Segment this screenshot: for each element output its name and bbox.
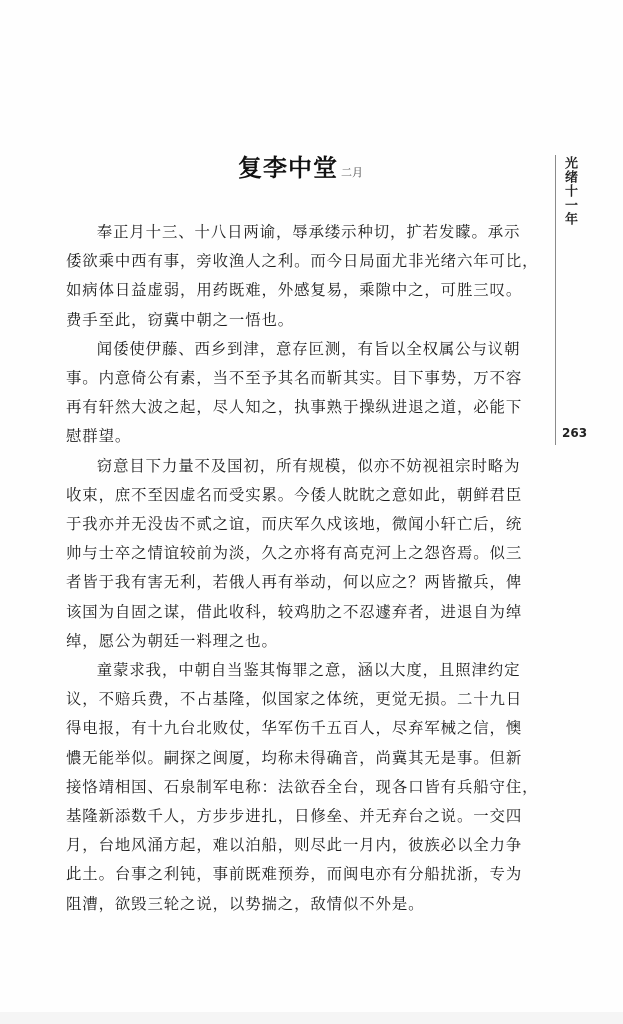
text-line: 得电报，有十九台北败仗，华军伤千五百人，尽弃军械之信，懊: [35, 714, 542, 743]
text-line: 奉正月十三、十八日两谕，辱承缕示种切，扩若发矇。承示: [66, 218, 542, 247]
text-line: 事。内意倚公有素，当不至予其名而靳其实。目下事势，万不容: [35, 364, 542, 393]
text-line: 收束，庶不至因虚名而受实累。今倭人眈眈之意如此，朝鲜君臣: [35, 481, 542, 510]
text-line: 接恪靖相国、石泉制军电称：法欲吞全台，现各口皆有兵船守住，: [35, 773, 542, 802]
text-line: 慰群望。: [35, 422, 542, 451]
paragraph: 窃意目下力量不及国初，所有规模，似亦不妨视祖宗时略为 收束，庶不至因虚名而受实累…: [66, 452, 542, 656]
text-line: 帅与士卒之情谊较前为淡，久之亦将有高克河上之怨咨焉。似三: [35, 539, 542, 568]
title-text: 复李中堂: [238, 154, 338, 182]
text-line: 绰，愿公为朝廷一料理之也。: [35, 627, 542, 656]
book-page: 复李中堂二月 光绪十一年 263 奉正月十三、十八日两谕，辱承缕示种切，扩若发矇…: [0, 0, 623, 1012]
viewer-bottom-edge: [0, 1012, 623, 1024]
page-number: 263: [562, 426, 587, 440]
text-line: 于我亦并无没齿不贰之谊，而庆军久戍该地，微闻小轩亡后，统: [35, 510, 542, 539]
text-line: 费手至此，窃冀中朝之一悟也。: [35, 306, 542, 335]
text-line: 议，不赔兵费，不占基隆，似国家之体统，更觉无损。二十九日: [35, 685, 542, 714]
text-line: 倭欲乘中西有事，旁收渔人之利。而今日局面尤非光绪六年可比，: [35, 247, 542, 276]
letter-body: 奉正月十三、十八日两谕，辱承缕示种切，扩若发矇。承示 倭欲乘中西有事，旁收渔人之…: [66, 218, 542, 919]
text-line: 该国为自固之谋，借此收科，较鸡肋之不忍遽弃者，进退自为绰: [35, 598, 542, 627]
text-line: 憹无能举似。嗣探之闽厦，均称未得确音，尚冀其无是事。但新: [35, 744, 542, 773]
text-line: 闻倭使伊藤、西乡到津，意存叵测，有旨以全权属公与议朝: [66, 335, 542, 364]
text-line: 此土。台事之利钝，事前既难预券，而闽电亦有分船扰浙，专为: [35, 860, 542, 889]
text-line: 再有轩然大波之起，尽人知之，执事熟于操纵进退之道，必能下: [35, 393, 542, 422]
title-date-note: 二月: [341, 166, 363, 179]
text-line: 月，台地风涌方起，难以泊船，则尽此一月内，彼族必以全力争: [35, 831, 542, 860]
margin-rule: [555, 155, 556, 445]
paragraph: 闻倭使伊藤、西乡到津，意存叵测，有旨以全权属公与议朝 事。内意倚公有素，当不至予…: [66, 335, 542, 452]
text-line: 阻漕，欲毁三轮之说，以势揣之，敌情似不外是。: [35, 890, 542, 919]
running-head: 光绪十一年: [561, 156, 577, 226]
paragraph: 奉正月十三、十八日两谕，辱承缕示种切，扩若发矇。承示 倭欲乘中西有事，旁收渔人之…: [66, 218, 542, 335]
text-line: 如病体日益虚弱，用药既难，外感复易，乘隙中之，可胜三叹。: [35, 276, 542, 305]
paragraph: 童蒙求我，中朝自当鉴其悔罪之意，涵以大度，且照津约定 议，不赔兵费，不占基隆，似…: [66, 656, 542, 919]
letter-title: 复李中堂二月: [238, 148, 363, 183]
text-line: 童蒙求我，中朝自当鉴其悔罪之意，涵以大度，且照津约定: [66, 656, 542, 685]
text-line: 者皆于我有害无利，若俄人再有举动，何以应之？两皆撤兵，俾: [35, 568, 542, 597]
text-line: 基隆新添数千人，方步步进扎，日修垒、并无弃台之说。一交四: [35, 802, 542, 831]
text-line: 窃意目下力量不及国初，所有规模，似亦不妨视祖宗时略为: [66, 452, 542, 481]
